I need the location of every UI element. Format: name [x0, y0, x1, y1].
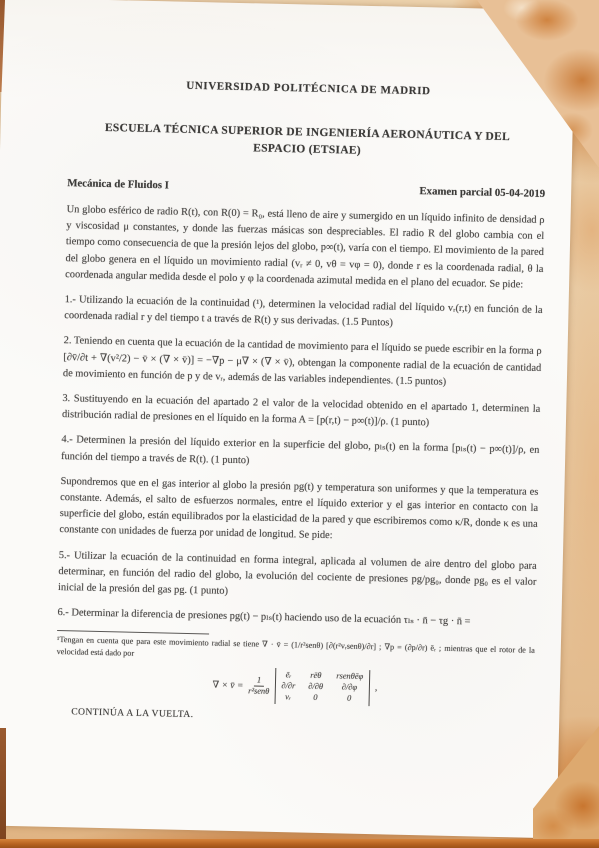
footnote-text: ¹Tengan en cuenta que para este movimien…: [56, 634, 534, 669]
continue-note: CONTINÚA A LA VUELTA.: [71, 707, 533, 728]
matrix-cell: ∂/∂θ: [308, 682, 323, 692]
scan-edge-left-bottom: [0, 728, 6, 840]
matrix-cell: rēθ: [308, 671, 323, 681]
matrix-cell: 0: [336, 694, 363, 705]
assumptions-paragraph: Supondremos que en el gas interior al gl…: [59, 474, 538, 550]
fraction-denominator: r²senθ: [248, 686, 269, 696]
matrix-cell: vᵣ: [281, 693, 295, 703]
matrix-cell: ∂/∂φ: [336, 683, 363, 694]
footnote: ¹Tengan en cuenta que para este movimien…: [56, 630, 535, 669]
question-5: 5.- Utilizar la ecuación de la continuid…: [58, 548, 537, 607]
question-6: 6.- Determinar la diferencia de presione…: [57, 605, 535, 632]
determinant-matrix: ēᵣ rēθ rsenθēφ ∂/∂r ∂/∂θ ∂/∂φ vᵣ 0 0: [274, 668, 370, 706]
equation-tail: ,: [375, 684, 378, 694]
matrix-cell: ∂/∂r: [281, 682, 295, 692]
scan-edge-bottom: [0, 839, 599, 848]
intro-paragraph: Un globo esférico de radio R(t), con R(0…: [65, 202, 545, 294]
equation-fraction: 1 r²senθ: [248, 675, 270, 696]
question-1: 1.- Utilizando la ecuación de la continu…: [64, 292, 543, 335]
equation-lhs: ∇ × v̄ =: [212, 680, 243, 692]
matrix-cell: 0: [308, 693, 323, 703]
fraction-numerator: 1: [254, 675, 264, 686]
question-4: 4.- Determinen la presión del líquido ex…: [61, 432, 540, 475]
course-header: Mecánica de Fluidos I Examen parcial 05-…: [67, 177, 545, 200]
question-2: 2. Teniendo en cuenta que la ecuación de…: [63, 333, 542, 392]
question-3: 3. Sustituyendo en la ecuación del apart…: [62, 391, 541, 434]
course-title: Mecánica de Fluidos I: [67, 177, 169, 191]
exam-page: UNIVERSIDAD POLITÉCNICA DE MADRID ESCUEL…: [0, 0, 575, 838]
exam-date: Examen parcial 05-04-2019: [419, 185, 545, 200]
scanned-document-background: UNIVERSIDAD POLITÉCNICA DE MADRID ESCUEL…: [0, 0, 599, 848]
university-title: UNIVERSIDAD POLITÉCNICA DE MADRID: [69, 77, 547, 100]
curl-equation: ∇ × v̄ = 1 r²senθ ēᵣ rēθ rsenθēφ ∂/∂r ∂/…: [56, 663, 535, 710]
matrix-cell: ēᵣ: [282, 671, 296, 681]
school-title: ESCUELA TÉCNICA SUPERIOR DE INGENIERÍA A…: [68, 119, 547, 164]
matrix-cell: rsenθēφ: [336, 672, 363, 683]
